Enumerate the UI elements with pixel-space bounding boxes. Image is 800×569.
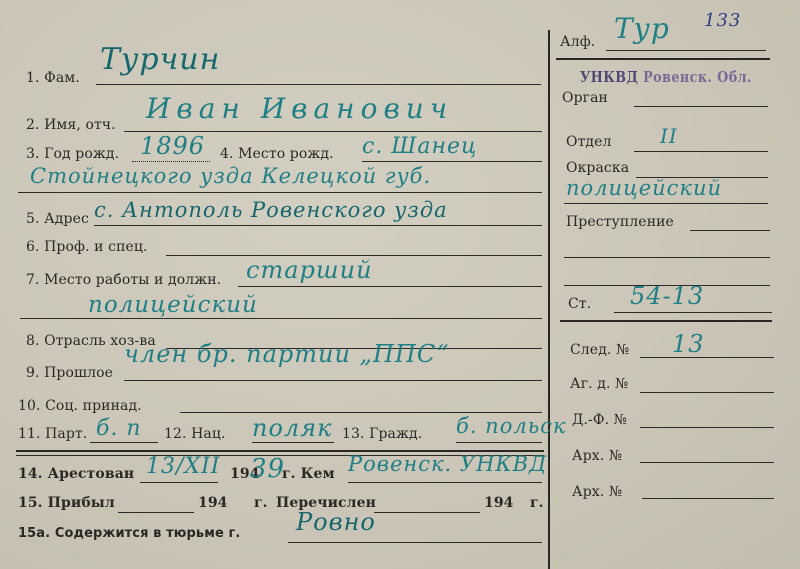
address-line [94,225,542,226]
past-label: 9. Прошлое [26,365,113,381]
organ-label: Орган [562,90,608,106]
social-line [180,412,542,413]
party-label: 11. Парт. [18,426,87,442]
crime-line [690,230,770,231]
birth-place-continued: Стойнецкого узда Келецкой губ. [30,164,431,188]
ag-line [640,392,774,393]
organ-line [634,106,768,107]
df-label: Д.-Ф. № [572,412,627,428]
past-line [124,380,542,381]
birth-place-label: 4. Место рожд. [220,146,334,162]
transferred-line [374,512,480,513]
party-line [90,442,158,443]
citizenship-value: б. польск [456,414,566,438]
arrived-g: г. [254,495,268,511]
past-value: член бр. партии „ППС“ [124,340,449,368]
held-label: 15а. Содержится в тюрьме г. [18,526,240,541]
sled-line [640,357,774,358]
surname-value: Турчин [100,42,220,77]
stamp-strong: УНКВД [580,68,638,86]
arrived-year: 194 [198,495,228,511]
alf-value: Тур [614,12,670,45]
arh1-line [640,462,774,463]
birth-place-line [362,161,542,162]
workplace-value: старший [246,256,373,284]
okraska-line-2 [564,203,768,204]
name-label: 2. Имя, отч. [26,117,116,133]
arrested-date: 13/XII [146,454,220,479]
profession-label: 6. Проф. и спец. [26,239,148,255]
arh2-line [642,498,774,499]
alf-divider [556,58,770,60]
sled-label: След. № [570,342,629,358]
okraska-value: полицейский [566,176,722,200]
crime-label: Преступление [566,214,674,230]
alf-number: 133 [704,10,741,31]
arrested-by-line [348,482,542,483]
surname-line [96,84,541,85]
citizenship-line [456,442,542,443]
birth-place-line-2 [18,192,542,193]
name-value: Иван Иванович [146,92,453,125]
stamp-text: Ровенск. Обл. [643,68,752,86]
column-divider [548,30,550,569]
ag-label: Аг. д. № [570,376,628,392]
held-value: Ровно [296,508,376,536]
otdel-line [634,151,768,152]
otdel-label: Отдел [566,134,612,150]
arrested-year-suffix: 39 [250,454,285,484]
address-label: 5. Адрес [26,211,89,227]
birth-year-label: 3. Год рожд. [26,146,119,162]
df-line [640,427,774,428]
workplace-line [238,286,542,287]
registration-card: 1. Фам. Турчин 2. Имя, отч. Иван Иванови… [0,0,800,569]
nationality-label: 12. Нац. [164,426,226,442]
held-line [288,542,542,543]
organ-stamp: УНКВД Ровенск. Обл. [580,68,752,86]
crime-line-2 [564,257,770,258]
workplace-label: 7. Место работы и должн. [26,272,221,288]
arrested-by-value: Ровенск. УНКВД [348,452,547,476]
workplace-continued: полицейский [88,292,258,318]
arrested-by-label: г. Кем [282,466,335,482]
okraska-label: Окраска [566,160,629,176]
workplace-line-2 [20,318,542,319]
st-label: Ст. [568,296,591,312]
arrested-date-line [140,482,218,483]
surname-label: 1. Фам. [26,70,80,86]
social-label: 10. Соц. принад. [18,398,142,414]
st-line [614,312,772,313]
transferred-year: 194 [484,495,514,511]
citizenship-label: 13. Гражд. [342,426,422,442]
arrived-label: 15. Прибыл [18,495,115,511]
alf-label: Алф. [560,34,595,50]
st-value: 54-13 [630,282,704,310]
sled-value: 13 [672,330,705,358]
arrived-line [118,512,194,513]
nationality-value: поляк [252,414,332,442]
address-value: с. Антополь Ровенского узда [94,198,448,222]
transferred-g: г. [530,495,544,511]
birth-place-value: с. Шанец [362,134,477,159]
otdel-value: II [660,124,678,148]
st-divider [560,320,772,322]
alf-line [606,50,766,51]
birth-year-value: 1896 [140,132,205,160]
nationality-line [252,442,334,443]
birth-year-line [132,161,210,162]
party-value: б. п [96,416,142,441]
arh1-label: Арх. № [572,448,622,464]
arrested-label: 14. Арестован [18,466,134,482]
arh2-label: Арх. № [572,484,622,500]
